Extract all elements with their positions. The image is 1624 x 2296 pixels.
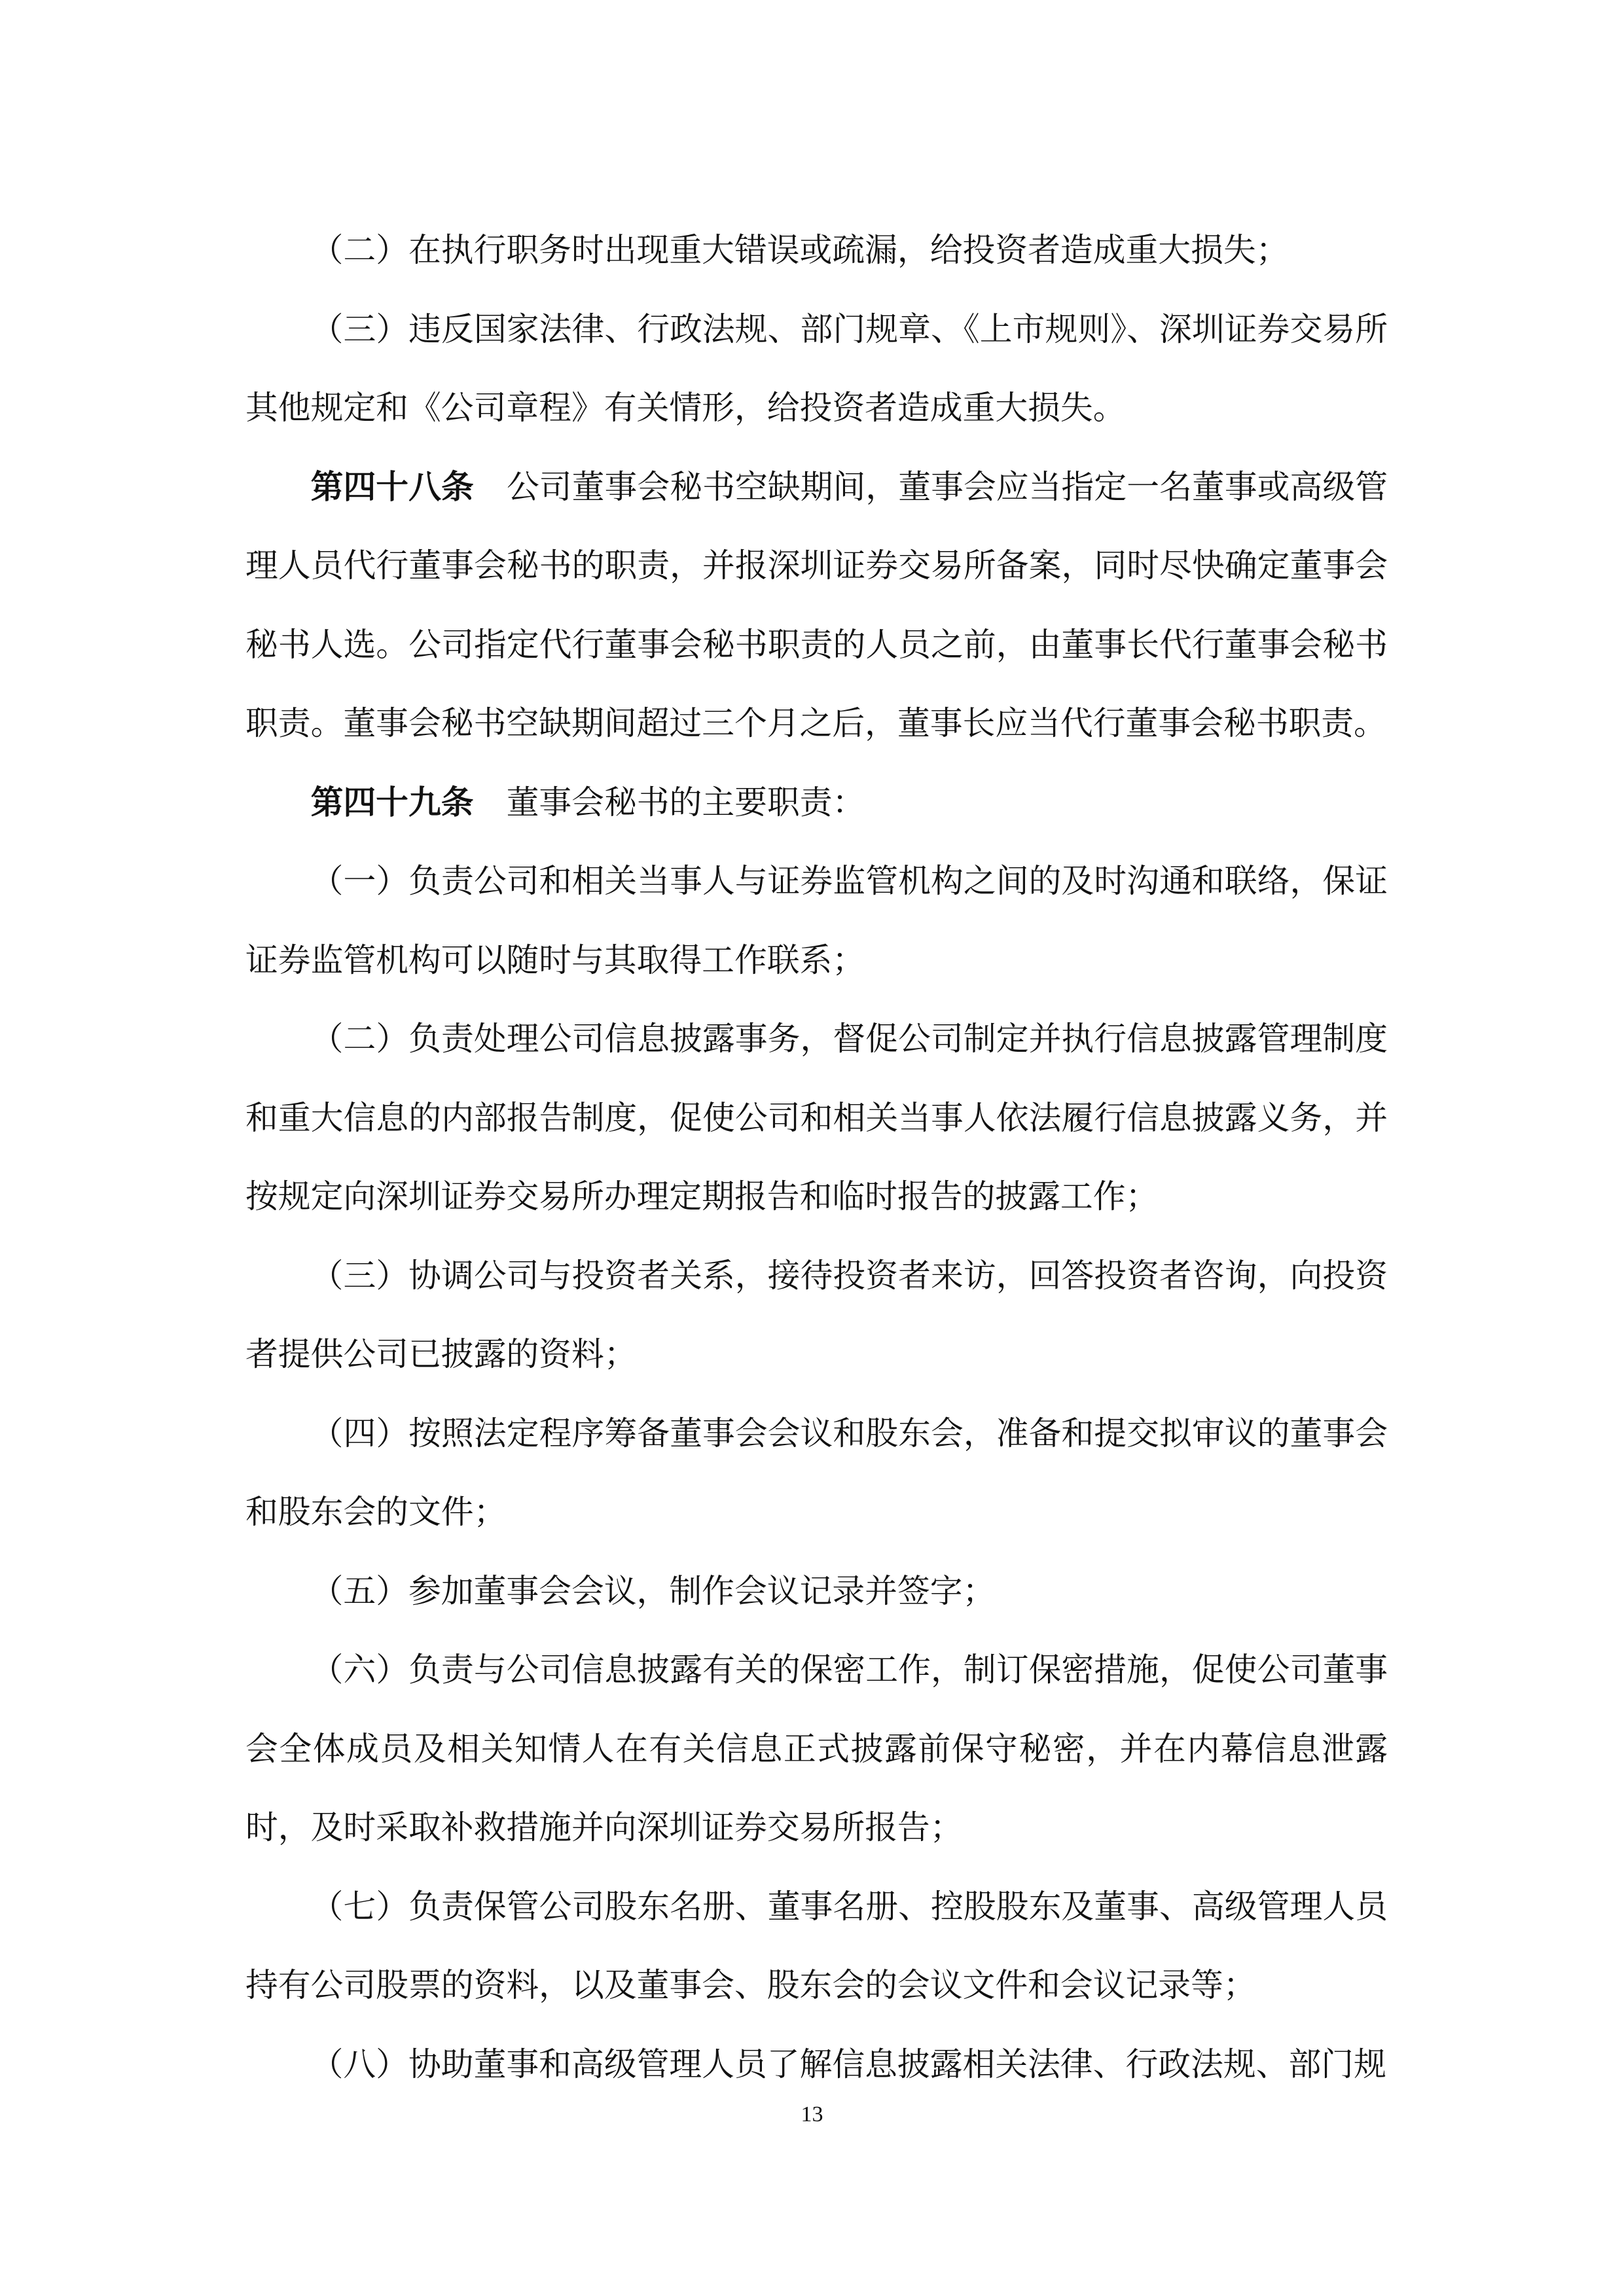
duty-item-3: （三）协调公司与投资者关系，接待投资者来访，回答投资者咨询，向投资者提供公司已披… [245,1236,1388,1394]
article-48-heading: 第四十八条 [311,468,474,506]
paragraph-item-2: （二）在执行职务时出现重大错误或疏漏，给投资者造成重大损失； [245,211,1388,290]
duty-item-1: （一）负责公司和相关当事人与证券监管机构之间的及时沟通和联络，保证证券监管机构可… [245,842,1388,999]
article-48: 第四十八条公司董事会秘书空缺期间，董事会应当指定一名董事或高级管理人员代行董事会… [245,448,1388,763]
duty-item-4: （四）按照法定程序筹备董事会会议和股东会，准备和提交拟审议的董事会和股东会的文件… [245,1394,1388,1552]
document-page: （二）在执行职务时出现重大错误或疏漏，给投资者造成重大损失； （三）违反国家法律… [0,0,1624,2296]
duty-item-6: （六）负责与公司信息披露有关的保密工作，制订保密措施，促使公司董事会全体成员及相… [245,1630,1388,1867]
document-body: （二）在执行职务时出现重大错误或疏漏，给投资者造成重大损失； （三）违反国家法律… [245,211,1388,2104]
duty-item-5: （五）参加董事会会议，制作会议记录并签字； [245,1552,1388,1631]
article-49-text: 董事会秘书的主要职责： [507,783,865,821]
paragraph-item-3: （三）违反国家法律、行政法规、部门规章、《上市规则》、深圳证券交易所其他规定和《… [245,290,1388,448]
article-48-text: 公司董事会秘书空缺期间，董事会应当指定一名董事或高级管理人员代行董事会秘书的职责… [245,468,1388,743]
article-49-heading: 第四十九条 [311,783,474,821]
duty-item-2: （二）负责处理公司信息披露事务，督促公司制定并执行信息披露管理制度和重大信息的内… [245,999,1388,1236]
duty-item-7: （七）负责保管公司股东名册、董事名册、控股股东及董事、高级管理人员持有公司股票的… [245,1867,1388,2025]
page-number: 13 [0,2102,1624,2127]
duty-item-8: （八）协助董事和高级管理人员了解信息披露相关法律、行政法规、部门规 [245,2025,1388,2104]
article-49: 第四十九条董事会秘书的主要职责： [245,763,1388,842]
